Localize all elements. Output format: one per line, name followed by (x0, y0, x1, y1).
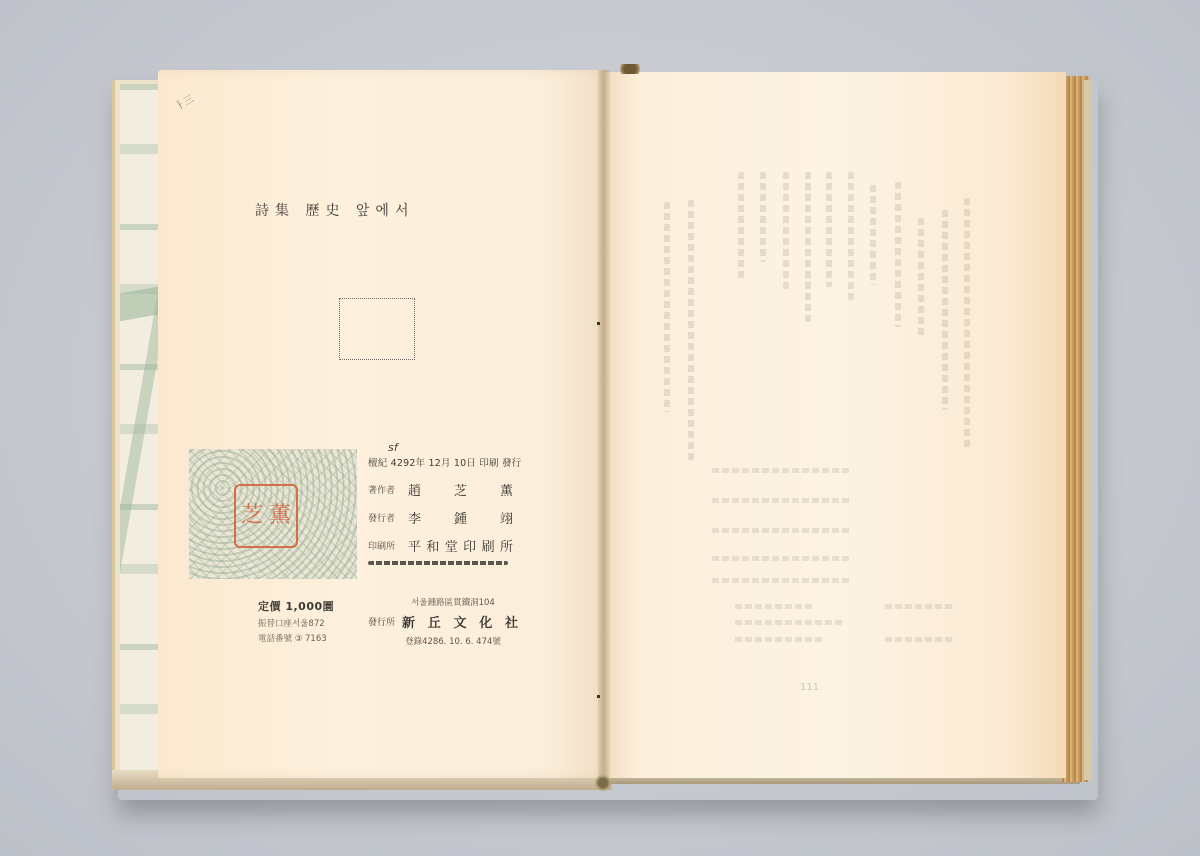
stamp-placeholder-box (339, 298, 415, 360)
name-char: 堂 (445, 536, 458, 555)
name-char: 李 (408, 508, 421, 527)
show-through-text (805, 172, 811, 322)
issuer-row: 發行者 李 鍾 翊 (368, 509, 513, 525)
colophon: sf 檀紀 4292年 12月 10日 印刷 發行 著作者 趙 芝 薫 發行者 … (368, 455, 513, 565)
author-seal: 芝 薫 (234, 484, 298, 548)
phone-number: 電話番號 ③ 7163 (258, 632, 334, 644)
book-gutter (598, 70, 610, 778)
show-through-text (783, 172, 789, 292)
printer-name: 平 和 堂 印 刷 所 (408, 536, 513, 555)
publisher-block: 서울鍾路區貫鐵洞104 發行所 新 丘 文 化 社 登錄4286. 10. 6.… (368, 596, 518, 647)
decorative-divider (368, 561, 508, 565)
name-char: 芝 (454, 480, 467, 499)
show-through-text (738, 172, 744, 282)
book-title: 詩集 歷史 앞에서 (255, 200, 414, 220)
name-char: 翊 (500, 508, 513, 527)
show-through-text (895, 182, 901, 327)
show-through-text (964, 198, 970, 450)
name-char: 文 (453, 612, 466, 631)
show-through-text (885, 637, 955, 642)
publisher-name: 新 丘 文 化 社 (402, 612, 518, 631)
headband-top (616, 64, 644, 74)
print-date: 檀紀 4292年 12月 10日 印刷 發行 (368, 458, 521, 469)
printer-label: 印刷所 (368, 539, 408, 552)
colophon-date-row: sf 檀紀 4292年 12月 10日 印刷 發行 (368, 455, 513, 469)
price-block: 定價 1,000圜 振替口座서울872 電話番號 ③ 7163 (258, 598, 334, 644)
show-through-text (688, 200, 694, 460)
show-through-text (664, 202, 670, 412)
front-cover-edge (1084, 80, 1092, 780)
author-row: 著作者 趙 芝 薫 (368, 481, 513, 497)
show-through-text (942, 210, 948, 410)
registration-number: 登錄4286. 10. 6. 474號 (368, 635, 518, 647)
show-through-text (760, 172, 766, 262)
show-through-text (735, 637, 825, 642)
name-char: 薫 (500, 480, 513, 499)
name-char: 鍾 (454, 508, 467, 527)
publisher-address: 서울鍾路區貫鐵洞104 (368, 596, 518, 608)
binding-thread-mark (597, 322, 600, 325)
postal-account: 振替口座서울872 (258, 617, 334, 629)
seal-char: 芝 (238, 502, 266, 530)
handwritten-mark: sf (388, 441, 398, 454)
show-through-text (735, 604, 815, 609)
headband-bottom (594, 774, 612, 792)
publisher-row: 發行所 新 丘 文 化 社 (368, 612, 518, 631)
show-through-text (712, 556, 852, 561)
issuer-label: 發行者 (368, 511, 408, 524)
seal-char: 薫 (266, 502, 294, 530)
show-through-text (885, 604, 955, 609)
show-through-text (918, 218, 924, 338)
show-through-text (712, 498, 852, 503)
author-label: 著作者 (368, 483, 408, 496)
name-char: 社 (505, 612, 518, 631)
name-char: 和 (426, 536, 439, 555)
show-through-text (826, 172, 832, 287)
show-through-text (870, 185, 876, 285)
price: 定價 1,000圜 (258, 598, 334, 614)
name-char: 化 (479, 612, 492, 631)
name-char: 趙 (408, 480, 421, 499)
right-page (604, 72, 1066, 778)
name-char: 所 (500, 536, 513, 555)
show-through-text (712, 578, 852, 583)
show-through-text (712, 528, 852, 533)
name-char: 平 (408, 536, 421, 555)
name-char: 新 (402, 612, 415, 631)
left-page (158, 70, 606, 778)
name-char: 印 (463, 536, 476, 555)
author-name: 趙 芝 薫 (408, 480, 513, 499)
issuer-name: 李 鍾 翊 (408, 508, 513, 527)
show-through-text (848, 172, 854, 300)
show-through-text (735, 620, 845, 625)
name-char: 丘 (428, 612, 441, 631)
name-char: 刷 (482, 536, 495, 555)
printer-row: 印刷所 平 和 堂 印 刷 所 (368, 537, 513, 553)
publisher-label: 發行所 (368, 615, 402, 628)
binding-thread-mark (597, 695, 600, 698)
show-through-page-number: 111 (800, 682, 819, 693)
show-through-text (712, 468, 852, 473)
